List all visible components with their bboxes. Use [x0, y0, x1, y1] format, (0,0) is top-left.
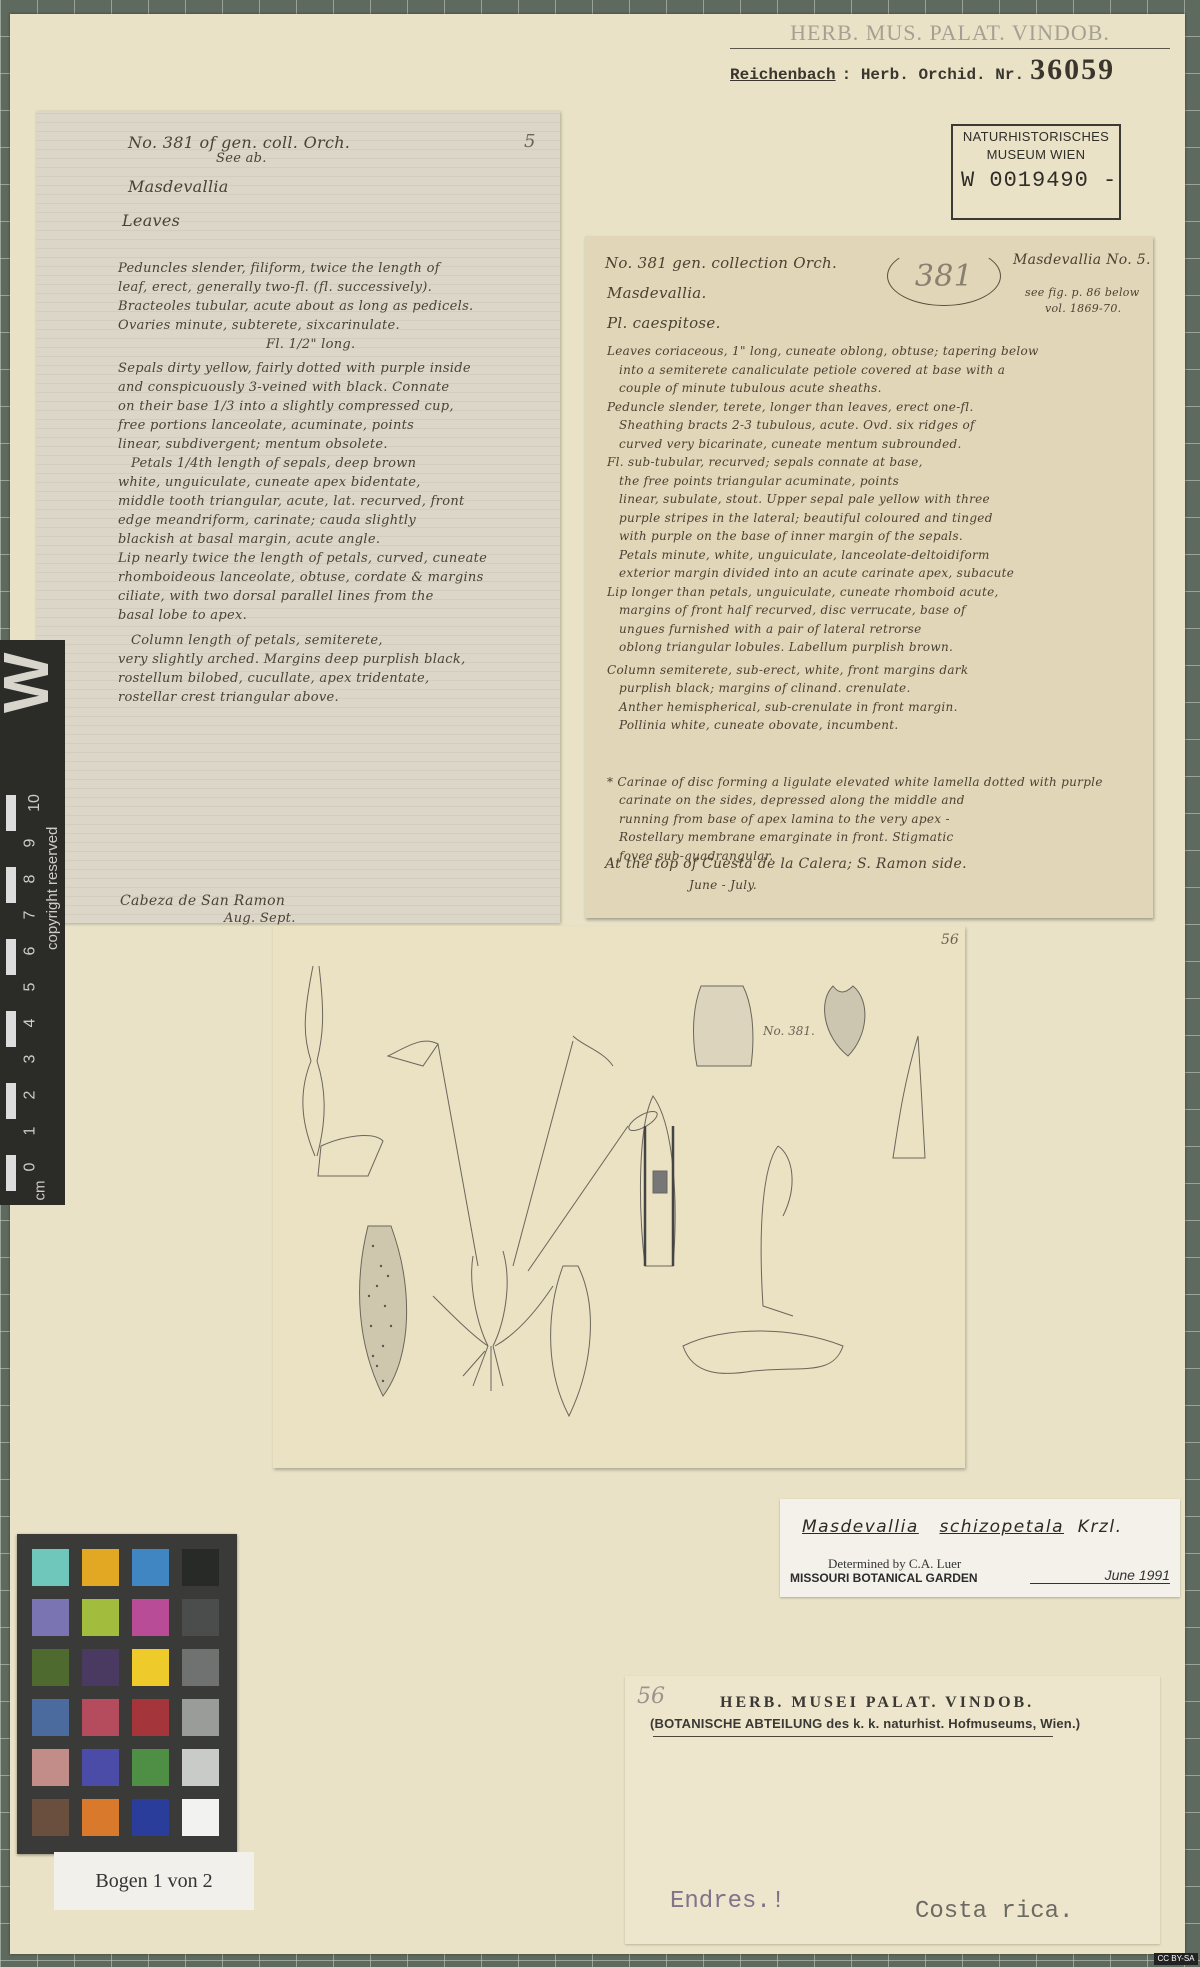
- herbarium-title: HERB. MUSEI PALAT. VINDOB.: [720, 1694, 1034, 1712]
- left-note-line: white, unguiculate, cuneate apex bidenta…: [118, 475, 421, 490]
- left-note-line: Sepals dirty yellow, fairly dotted with …: [118, 361, 471, 376]
- left-note-header-sub: See ab.: [216, 151, 267, 166]
- left-note-line: linear, subdivergent; mentum obsolete.: [118, 437, 388, 452]
- right-note-line: Peduncle slender, terete, longer than le…: [607, 400, 974, 414]
- left-handwritten-note: No. 381 of gen. coll. Orch. See ab. 5 Ma…: [36, 111, 560, 923]
- left-note-line: middle tooth triangular, acute, lat. rec…: [118, 494, 465, 509]
- right-note-line: Pollinia white, cuneate obovate, incumbe…: [619, 718, 898, 732]
- nhm-barcode-stamp: NATURHISTORISCHES MUSEUM WIEN W 0019490 …: [951, 124, 1121, 220]
- pencil-number: 56: [637, 1684, 665, 1709]
- right-note-line: Column semiterete, sub-erect, white, fro…: [607, 663, 968, 677]
- right-note-line: exterior margin divided into an acute ca…: [619, 566, 1014, 580]
- right-note-line: couple of minute tubulous acute sheaths.: [619, 381, 882, 395]
- ruler-segment: [6, 1083, 16, 1119]
- reichenbach-stamp: HERB. MUS. PALAT. VINDOB. Reichenbach : …: [730, 20, 1170, 87]
- ruler-tick-8: 8: [21, 875, 39, 884]
- accession-number: 36059: [1030, 53, 1115, 87]
- color-swatch: [82, 1749, 119, 1786]
- left-note-line: rostellar crest triangular above.: [118, 690, 339, 705]
- ruler-tick-6: 6: [21, 947, 39, 956]
- left-note-line: leaf, erect, generally two-fl. (fl. succ…: [118, 280, 432, 295]
- right-note-line: margins of front half recurved, disc ver…: [619, 603, 966, 617]
- right-note-line: Sheathing bracts 2-3 tubulous, acute. Ov…: [619, 418, 975, 432]
- color-swatch: [182, 1599, 219, 1636]
- taxon-name: Masdevallia schizopetala Krzl.: [802, 1517, 1122, 1537]
- ruler-segment: [6, 795, 16, 831]
- right-note-ref-2: vol. 1869-70.: [1045, 302, 1121, 315]
- determiner: Determined by C.A. Luer: [828, 1556, 961, 1572]
- color-swatch: [32, 1599, 69, 1636]
- herbarium-subtitle: (BOTANISCHE ABTEILUNG des k. k. naturhis…: [650, 1716, 1080, 1731]
- left-note-genus: Masdevallia: [128, 177, 229, 196]
- right-note-line: into a semiterete canaliculate petiole c…: [619, 363, 1005, 377]
- collector-name: Endres.!: [670, 1888, 785, 1915]
- left-note-line: very slightly arched. Margins deep purpl…: [118, 652, 466, 667]
- right-note-ref-1: see fig. p. 86 below: [1025, 286, 1139, 299]
- ruler-segment: [6, 1011, 16, 1047]
- right-note-line: Anther hemispherical, sub-crenulate in f…: [619, 700, 958, 714]
- herbarium-label: 56 HERB. MUSEI PALAT. VINDOB. (BOTANISCH…: [625, 1676, 1160, 1944]
- color-swatch: [132, 1649, 169, 1686]
- left-note-line: Ovaries minute, subterete, sixcarinulate…: [118, 318, 400, 333]
- ruler-tick-5: 5: [21, 983, 39, 992]
- ruler-tick-3: 3: [21, 1055, 39, 1064]
- right-note-genus: Masdevallia.: [607, 284, 707, 302]
- right-note-ref-label: Masdevallia No. 5.: [1013, 252, 1151, 268]
- color-swatch: [32, 1549, 69, 1586]
- left-note-header: No. 381 of gen. coll. Orch.: [128, 133, 350, 152]
- taxon-author: Krzl.: [1078, 1517, 1123, 1537]
- color-swatch: [182, 1749, 219, 1786]
- right-handwritten-note: No. 381 gen. collection Orch. 381 Masdev…: [585, 236, 1153, 918]
- color-swatch: [132, 1599, 169, 1636]
- color-swatch: [82, 1799, 119, 1836]
- ruler-tick-0: 0: [21, 1163, 39, 1172]
- taxon-species: schizopetala: [939, 1517, 1064, 1537]
- label-divider: [653, 1736, 1053, 1737]
- ruler-scale: [0, 795, 18, 1191]
- right-note-line: with purple on the base of inner margin …: [619, 529, 963, 543]
- right-note-line: running from base of apex lamina to the …: [619, 812, 950, 826]
- taxon-genus: Masdevallia: [802, 1517, 919, 1537]
- color-swatch: [82, 1599, 119, 1636]
- left-note-line: rhomboideous lanceolate, obtuse, cordate…: [118, 570, 484, 585]
- ruler-segment: [6, 1155, 16, 1191]
- left-note-line: Bracteoles tubular, acute about as long …: [118, 299, 473, 314]
- color-swatch: [32, 1649, 69, 1686]
- color-swatch: [132, 1799, 169, 1836]
- ruler-tick-7: 7: [21, 911, 39, 920]
- right-note-habit: Pl. caespitose.: [607, 314, 721, 332]
- ruler-copyright: copyright reserved: [44, 827, 61, 950]
- right-note-line: Leaves coriaceous, 1" long, cuneate oblo…: [607, 344, 1039, 358]
- institution-stamp: HERB. MUS. PALAT. VINDOB.: [730, 20, 1170, 49]
- left-note-line: Lip nearly twice the length of petals, c…: [118, 551, 487, 566]
- left-note-line: and conspicuously 3-veined with black. C…: [118, 380, 449, 395]
- color-swatch: [182, 1799, 219, 1836]
- color-swatch: [182, 1549, 219, 1586]
- nhm-line1: NATURHISTORISCHES: [953, 130, 1119, 144]
- right-note-line: purple stripes in the lateral; beautiful…: [619, 511, 993, 525]
- color-swatch: [182, 1699, 219, 1736]
- left-note-section: Leaves: [122, 211, 180, 230]
- swatch-grid: [32, 1549, 219, 1836]
- left-note-line: edge meandriform, carinate; cauda slight…: [118, 513, 416, 528]
- collection-prefix: Reichenbach: [730, 66, 836, 84]
- color-swatch: [32, 1699, 69, 1736]
- right-note-line: Rostellary membrane emarginate in front.…: [619, 830, 954, 844]
- right-note-line: oblong triangular lobules. Labellum purp…: [619, 640, 953, 654]
- left-note-locality: Cabeza de San Ramon: [120, 893, 285, 909]
- right-note-line: purplish black; margins of clinand. cren…: [619, 681, 911, 695]
- color-swatch: [182, 1649, 219, 1686]
- left-note-line: ciliate, with two dorsal parallel lines …: [118, 589, 434, 604]
- color-swatch: [82, 1699, 119, 1736]
- ruler-tick-2: 2: [21, 1091, 39, 1100]
- left-note-line: Petals 1/4th length of sepals, deep brow…: [131, 456, 416, 471]
- right-note-line: Petals minute, white, unguiculate, lance…: [619, 548, 990, 562]
- right-note-line: ungues furnished with a pair of lateral …: [619, 622, 922, 636]
- color-swatch: [132, 1699, 169, 1736]
- right-note-line: Lip longer than petals, unguiculate, cun…: [607, 585, 999, 599]
- right-note-locality: At the top of Cuesta de la Calera; S. Ra…: [605, 856, 967, 872]
- circled-number: 381: [887, 246, 1001, 306]
- left-note-line: Column length of petals, semiterete,: [131, 633, 383, 648]
- determination-label: Masdevallia schizopetala Krzl. Determine…: [780, 1499, 1180, 1597]
- color-swatch: [32, 1749, 69, 1786]
- left-note-line: free portions lanceolate, acuminate, poi…: [118, 418, 414, 433]
- ruler-tick-9: 9: [21, 839, 39, 848]
- left-note-line: rostellum bilobed, cucullate, apex tride…: [118, 671, 429, 686]
- botanical-drawing: 56 No. 381.: [273, 926, 965, 1468]
- license-badge: CC BY-SA: [1154, 1953, 1198, 1965]
- color-swatch: [132, 1549, 169, 1586]
- determination-date: June 1991: [1030, 1567, 1170, 1584]
- barcode-id: W 0019490 -: [961, 168, 1119, 193]
- left-note-line: on their base 1/3 into a slightly compre…: [118, 399, 454, 414]
- color-swatch: [132, 1749, 169, 1786]
- color-swatch: [82, 1549, 119, 1586]
- right-note-line: carinate on the sides, depressed along t…: [619, 793, 965, 807]
- right-note-date: June - July.: [689, 878, 757, 892]
- left-note-line: basal lobe to apex.: [118, 608, 247, 623]
- nhm-line2: MUSEUM WIEN: [953, 148, 1119, 162]
- color-calibration-chart: [17, 1534, 237, 1854]
- scale-ruler: W 10 9 8 7 6 5 4 3 2 1 0 copyright reser…: [0, 640, 65, 1205]
- determiner-institution: MISSOURI BOTANICAL GARDEN: [790, 1571, 978, 1585]
- ruler-logo: W: [0, 657, 61, 713]
- color-swatch: [82, 1649, 119, 1686]
- ruler-tick-1: 1: [21, 1127, 39, 1136]
- left-note-line: Fl. 1/2" long.: [266, 337, 356, 352]
- left-note-line: Peduncles slender, filiform, twice the l…: [118, 261, 440, 276]
- collection-country: Costa rica.: [915, 1898, 1073, 1925]
- ruler-tick-4: 4: [21, 1019, 39, 1028]
- right-note-header: No. 381 gen. collection Orch.: [605, 254, 837, 272]
- right-note-line: the free points triangular acuminate, po…: [619, 474, 899, 488]
- left-note-line: blackish at basal margin, acute angle.: [118, 532, 380, 547]
- color-swatch: [32, 1799, 69, 1836]
- right-note-line: Fl. sub-tubular, recurved; sepals connat…: [607, 455, 923, 469]
- collection-label: : Herb. Orchid. Nr.: [842, 66, 1024, 84]
- right-note-line: linear, subulate, stout. Upper sepal pal…: [619, 492, 990, 506]
- ruler-tick-10: 10: [26, 794, 44, 812]
- sheet-count-label: Bogen 1 von 2: [54, 1852, 254, 1910]
- ruler-segment: [6, 867, 16, 903]
- ruler-segment: [6, 939, 16, 975]
- left-note-date: Aug. Sept.: [224, 911, 296, 926]
- right-note-line: curved very bicarinate, cuneate mentum s…: [619, 437, 962, 451]
- left-note-page-num: 5: [524, 131, 536, 152]
- orchid-illustration: [273, 926, 965, 1468]
- right-note-line: * Carinae of disc forming a ligulate ele…: [607, 775, 1103, 789]
- ruler-unit: cm: [32, 1181, 49, 1201]
